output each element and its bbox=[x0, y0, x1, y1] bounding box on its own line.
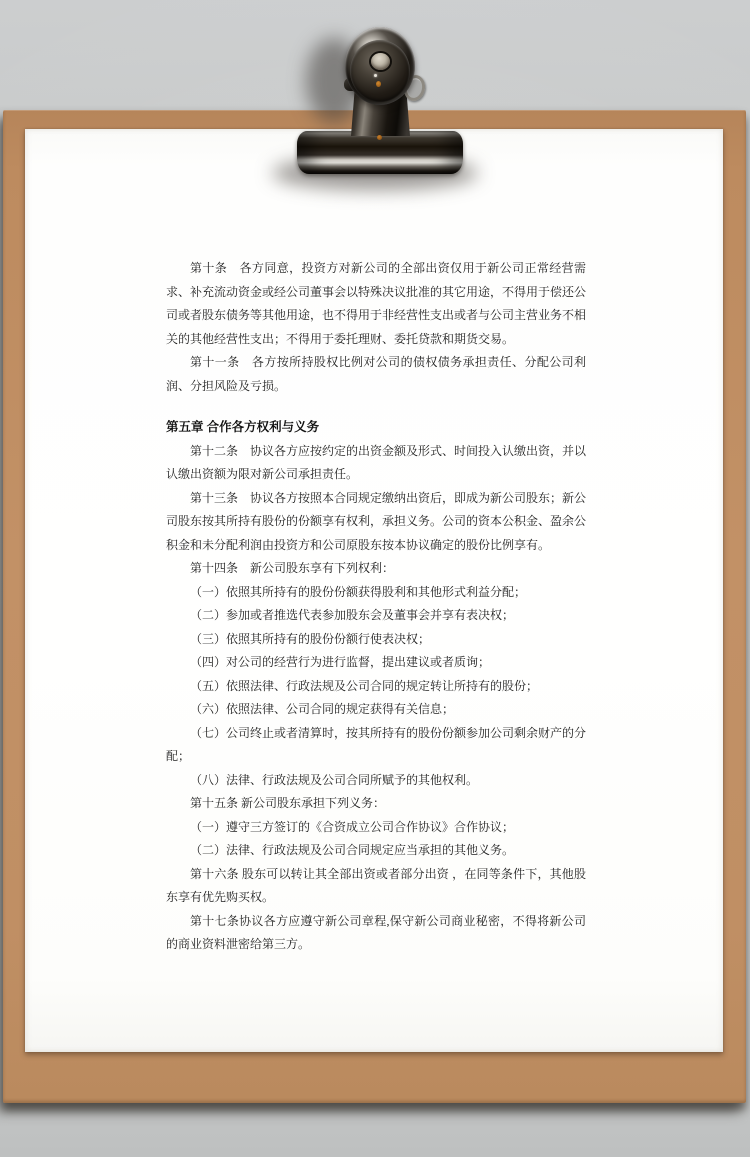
chapter-heading: 第五章 合作各方权利与义务 bbox=[166, 416, 586, 440]
paper-sheet: 第十条 各方同意，投资方对新公司的全部出资仅用于新公司正常经营需求、补充流动资金… bbox=[25, 129, 723, 1052]
contract-paragraph: （三）依照其所持有的股份份额行使表决权； bbox=[166, 628, 586, 652]
contract-paragraph: （七）公司终止或者清算时，按其所持有的股份份额参加公司剩余财产的分配； bbox=[166, 722, 586, 769]
contract-paragraph: 第十条 各方同意，投资方对新公司的全部出资仅用于新公司正常经营需求、补充流动资金… bbox=[166, 257, 586, 351]
contract-paragraph: 第十七条协议各方应遵守新公司章程,保守新公司商业秘密，不得将新公司的商业资料泄密… bbox=[166, 910, 586, 957]
contract-paragraph: 第十五条 新公司股东承担下列义务： bbox=[166, 792, 586, 816]
contract-paragraph: 第十一条 各方按所持股权比例对公司的债权债务承担责任、分配公司利润、分担风险及亏… bbox=[166, 351, 586, 398]
contract-paragraph: 第十六条 股东可以转让其全部出资或者部分出资 ，在同等条件下，其他股东享有优先购… bbox=[166, 863, 586, 910]
contract-paragraph: 第十四条 新公司股东享有下列权利： bbox=[166, 557, 586, 581]
contract-paragraph: 第十三条 协议各方按照本合同规定缴纳出资后，即成为新公司股东；新公司股东按其所持… bbox=[166, 487, 586, 558]
clip-knob-face bbox=[350, 40, 410, 102]
desk-background: 第十条 各方同意，投资方对新公司的全部出资仅用于新公司正常经营需求、补充流动资金… bbox=[0, 0, 750, 1157]
contract-paragraph: （五）依照法律、行政法规及公司合同的规定转让所持有的股份； bbox=[166, 675, 586, 699]
clip-knob-hole bbox=[371, 53, 390, 70]
contract-paragraph: （六）依照法律、公司合同的规定获得有关信息； bbox=[166, 698, 586, 722]
contract-paragraph: （二）参加或者推选代表参加股东会及董事会并享有表决权； bbox=[166, 604, 586, 628]
clip-reflection-dot bbox=[377, 135, 382, 140]
document-text: 第十条 各方同意，投资方对新公司的全部出资仅用于新公司正常经营需求、补充流动资金… bbox=[166, 257, 586, 957]
contract-paragraph: （二）法律、行政法规及公司合同规定应当承担的其他义务。 bbox=[166, 839, 586, 863]
clip-reflection-dot bbox=[376, 81, 381, 87]
contract-paragraph: 第十二条 协议各方应按约定的出资金额及形式、时间投入认缴出资，并以认缴出资额为限… bbox=[166, 440, 586, 487]
contract-paragraph: （一）依照其所持有的股份份额获得股利和其他形式利益分配； bbox=[166, 581, 586, 605]
contract-paragraph: （四）对公司的经营行为进行监督，提出建议或者质询； bbox=[166, 651, 586, 675]
contract-paragraph: （一）遵守三方签订的《合资成立公司合作协议》合作协议； bbox=[166, 816, 586, 840]
contract-paragraph: （八）法律、行政法规及公司合同所赋予的其他权利。 bbox=[166, 769, 586, 793]
clip-highlight bbox=[374, 74, 377, 77]
